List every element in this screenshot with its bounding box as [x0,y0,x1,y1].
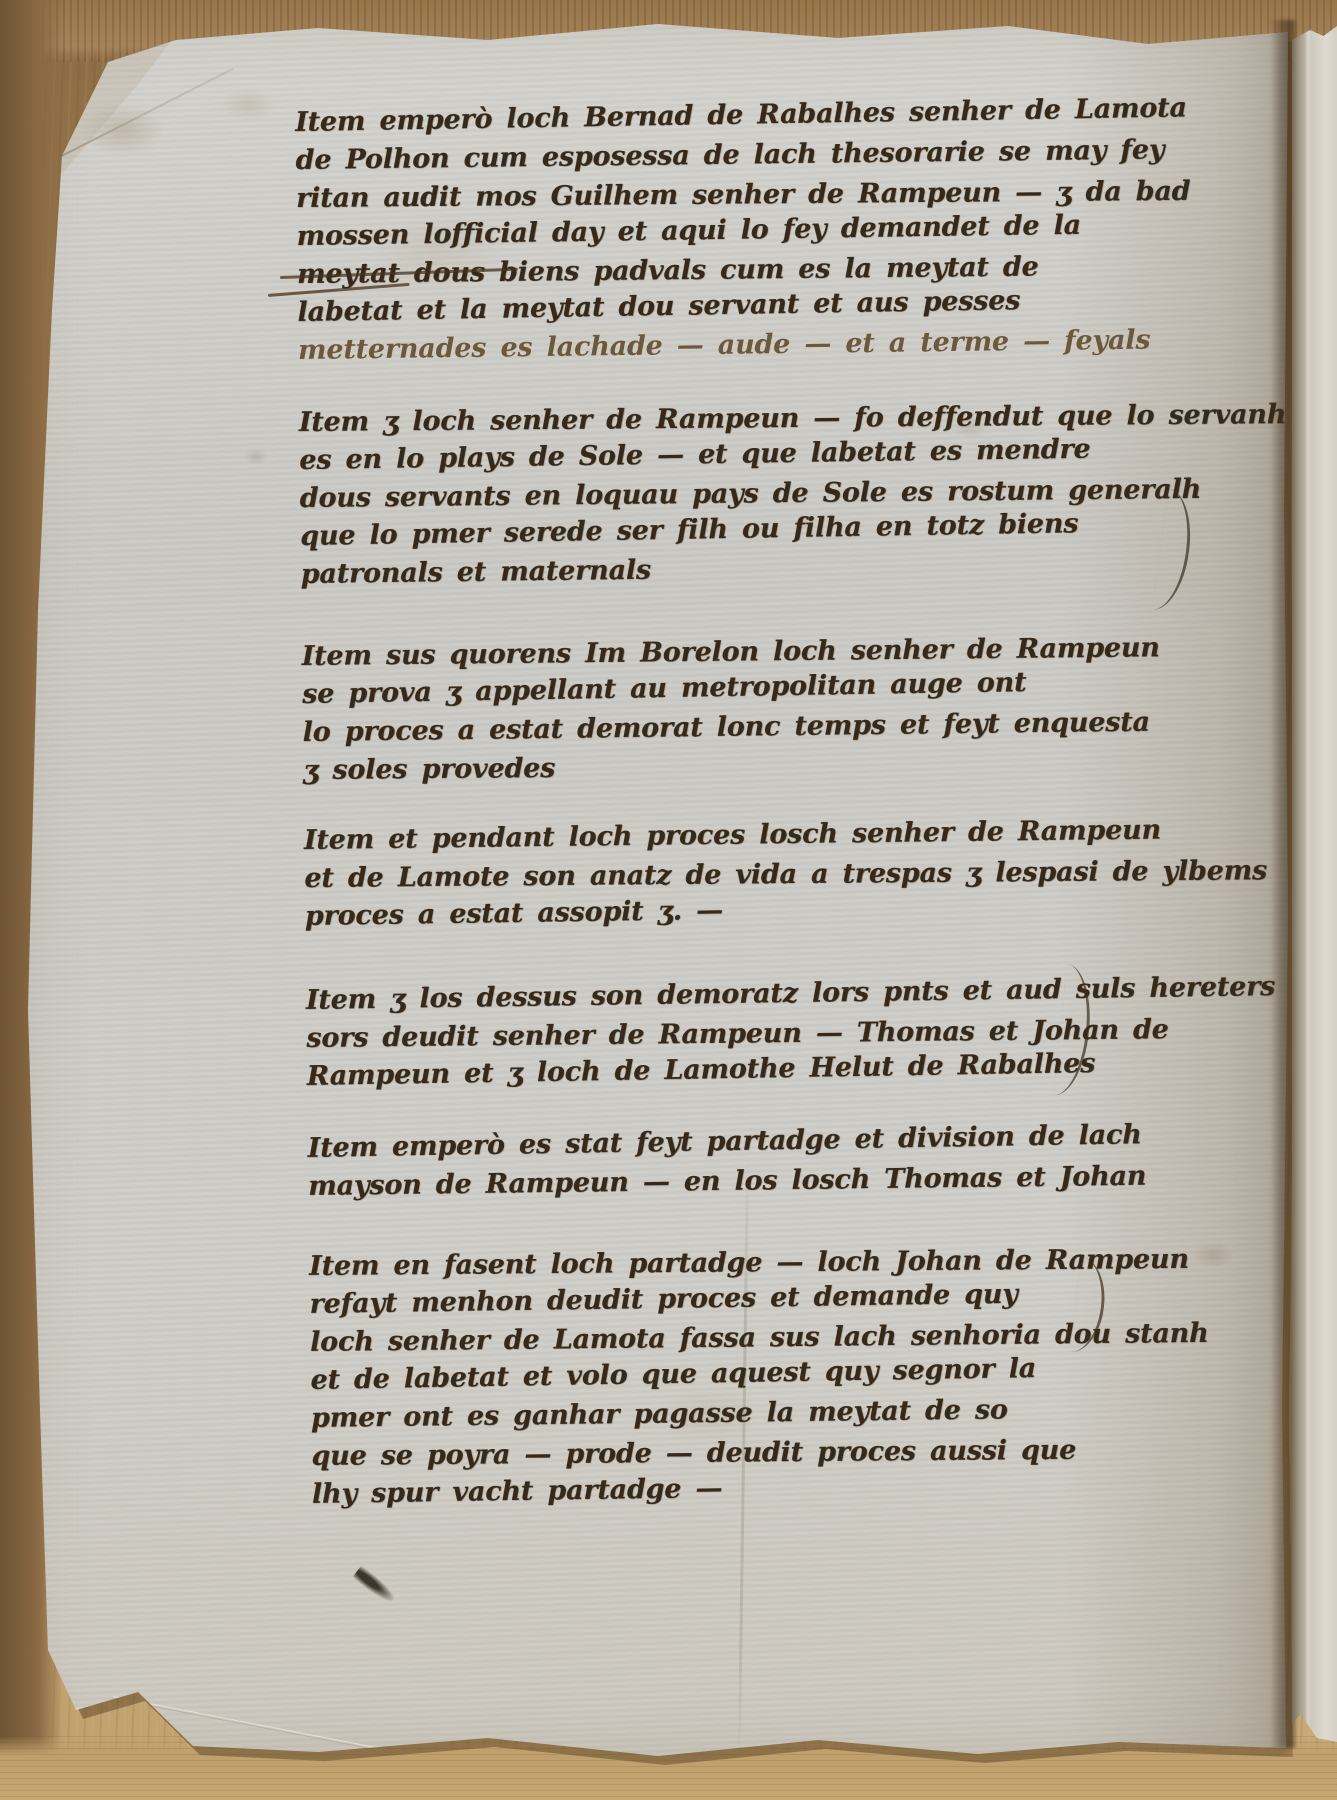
handwritten-line: ʒ soles provedes [303,745,1133,790]
manuscript-paragraph: Item ʒ loch senher de Rampeun — fo deffe… [299,394,1131,594]
manuscript-paragraph: Item ʒ los dessus son demoratz lors pnts… [306,972,1137,1096]
adjacent-page-edge [1292,26,1337,1742]
manuscript-paragraph: Item et pendant loch proces losch senher… [304,812,1135,936]
manuscript-page: Item emperò loch Bernad de Rabalhes senh… [18,10,1288,1766]
handwritten-text-block: Item emperò loch Bernad de Rabalhes senh… [295,94,1143,1584]
manuscript-paragraph: Item emperò es stat feyt partadge et div… [308,1120,1139,1206]
corner-fold-bottomleft [18,10,278,1766]
manuscript-paragraph: Item en fasent loch partadge — loch Joha… [309,1238,1142,1514]
adjacent-page-highlight [1306,26,1310,1742]
margin-flourish [1152,489,1198,614]
manuscript-paragraph: Item sus quorens Im Borelon loch senher … [302,628,1134,790]
photo-scene: Item emperò loch Bernad de Rabalhes senh… [0,0,1337,1800]
handwritten-line: Item et pendant loch proces losch senher… [304,812,1134,860]
manuscript-paragraph: Item emperò loch Bernad de Rabalhes senh… [295,94,1128,370]
